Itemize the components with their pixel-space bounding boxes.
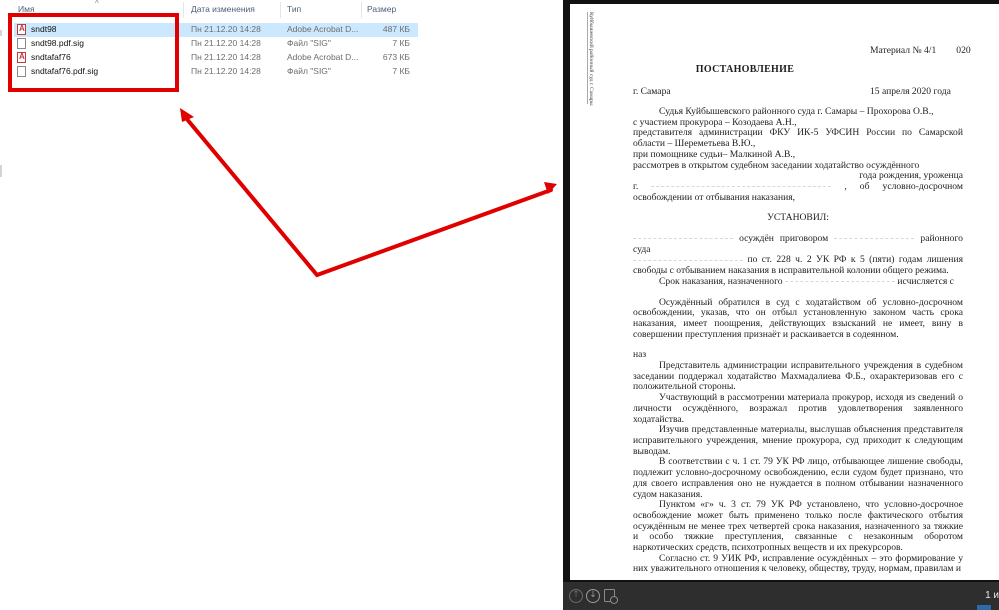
file-type: Файл "SIG"	[287, 38, 331, 48]
document-date: 15 апреля 2020 года	[870, 87, 951, 98]
viewer-toolbar: ↑ ↓ 1 и	[563, 582, 999, 610]
column-header-type[interactable]: Тип	[287, 4, 301, 18]
column-divider[interactable]	[183, 2, 184, 18]
file-date: Пн 21.12.20 14:28	[191, 24, 261, 34]
file-date: Пн 21.12.20 14:28	[191, 66, 261, 76]
material-number: Материал № 4/1020	[870, 46, 971, 57]
file-type: Adobe Acrobat D...	[287, 24, 358, 34]
arrowhead-icon	[180, 108, 194, 122]
scroll-tick	[0, 165, 2, 177]
column-header-size[interactable]: Размер	[367, 4, 396, 18]
column-divider[interactable]	[280, 2, 281, 18]
find-in-document-icon[interactable]	[604, 589, 615, 602]
highlight-box	[8, 13, 179, 92]
pdf-viewer: Куйбышевский районный суд г. Самары Мате…	[563, 0, 999, 610]
sort-ascending-icon: ^	[95, 0, 99, 8]
file-size: 487 КБ	[383, 24, 410, 34]
file-type: Файл "SIG"	[287, 66, 331, 76]
next-page-icon[interactable]: ↓	[586, 589, 600, 603]
file-size: 673 КБ	[383, 52, 410, 62]
arrowhead-icon	[544, 182, 557, 194]
previous-page-icon[interactable]: ↑	[569, 589, 583, 603]
document-body: Судья Куйбышевского районного суда г. Са…	[633, 107, 963, 575]
page-counter: 1 и	[985, 590, 999, 601]
accent-bar	[977, 605, 991, 610]
file-type: Adobe Acrobat D...	[287, 52, 358, 62]
document-title: ПОСТАНОВЛЕНИЕ	[570, 65, 920, 76]
document-city: г. Самара	[633, 87, 671, 98]
column-header-date[interactable]: Дата изменения	[191, 4, 255, 18]
file-size: 7 КБ	[392, 66, 410, 76]
file-size: 7 КБ	[392, 38, 410, 48]
column-divider[interactable]	[361, 2, 362, 18]
court-stamp: Куйбышевский районный суд г. Самары	[587, 12, 601, 104]
scroll-tick	[0, 30, 2, 36]
document-page: Куйбышевский районный суд г. Самары Мате…	[570, 4, 999, 580]
section-heading: УСТАНОВИЛ:	[633, 213, 963, 224]
file-date: Пн 21.12.20 14:28	[191, 38, 261, 48]
file-date: Пн 21.12.20 14:28	[191, 52, 261, 62]
